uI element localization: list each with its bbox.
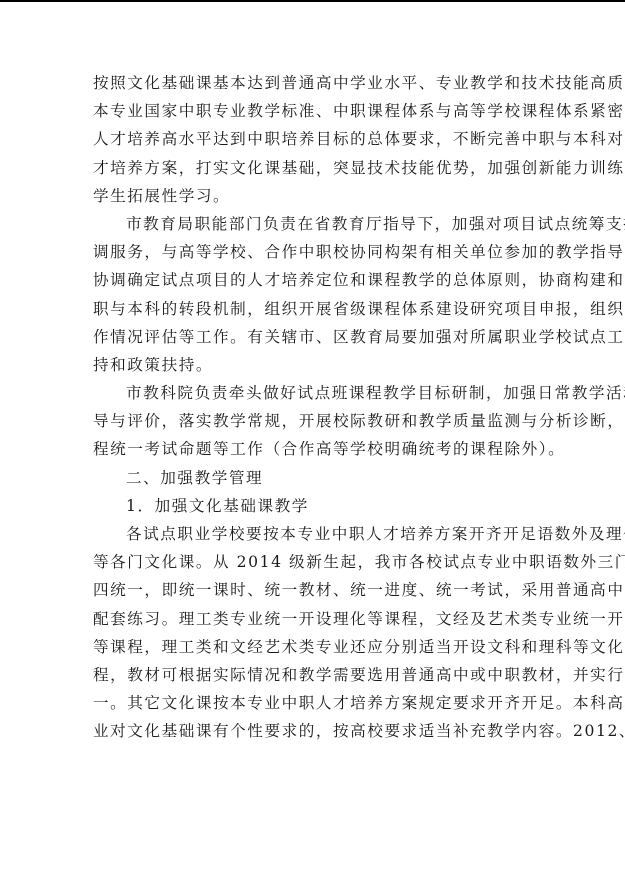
text-line: 人才培养高水平达到中职培养目标的总体要求，不断完善中职与本科对接的人 — [93, 125, 533, 153]
document-page: 按照文化基础课基本达到普通高中学业水平、专业教学和技术技能高质量达到 本专业国家… — [93, 69, 533, 746]
text-line: 协调确定试点项目的人才培养定位和课程教学的总体原则，协商构建和完善中 — [93, 266, 533, 294]
text-line: 持和政策扶持。 — [93, 351, 533, 379]
text-line: 本专业国家中职专业教学标准、中职课程体系与高等学校课程体系紧密对接、 — [93, 97, 533, 125]
text-line: 程，教材可根据实际情况和教学需要选用普通高中或中职教材，并实行四统 — [93, 661, 533, 689]
text-line: 导与评价，落实教学常规，开展校际教研和教学质量监测与分析诊断，做好课 — [93, 407, 533, 435]
text-line: 调服务，与高等学校、合作中职校协同构架有相关单位参加的教学指导机构， — [93, 238, 533, 266]
text-line: 才培养方案，打实文化课基础，突显技术技能优势，加强创新能力训练，激励 — [93, 154, 533, 182]
subsection-heading: 1．加强文化基础课教学 — [93, 492, 533, 520]
text-line: 一。其它文化课按本专业中职人才培养方案规定要求开齐开足。本科高校及专 — [93, 689, 533, 717]
text-line: 程统一考试命题等工作（合作高等学校明确统考的课程除外）。 — [93, 435, 533, 463]
text-line: 等课程，理工类和文经艺术类专业还应分别适当开设文科和理科等文化基础课 — [93, 633, 533, 661]
section-heading: 二、加强教学管理 — [93, 464, 533, 492]
paragraph-start-line: 市教育局职能部门负责在省教育厅指导下，加强对项目试点统筹支持和协 — [93, 210, 533, 238]
text-line: 业对文化基础课有个性要求的，按高校要求适当补充教学内容。2012、2013 级 — [93, 717, 533, 745]
text-line: 作情况评估等工作。有关辖市、区教育局要加强对所属职业学校试点工作的支 — [93, 323, 533, 351]
text-line: 四统一，即统一课时、统一教材、统一进度、统一考试，采用普通高中教材及 — [93, 576, 533, 604]
text-line: 按照文化基础课基本达到普通高中学业水平、专业教学和技术技能高质量达到 — [93, 69, 533, 97]
text-line: 配套练习。理工类专业统一开设理化等课程，文经及艺术类专业统一开设政史 — [93, 605, 533, 633]
text-line: 等各门文化课。从 2014 级新生起，我市各校试点专业中职语数外三门课程实行 — [93, 548, 533, 576]
paragraph-start-line: 市教科院负责牵头做好试点班课程教学目标研制，加强日常教学活动的指 — [93, 379, 533, 407]
text-line: 职与本科的转段机制，组织开展省级课程体系建设研究项目申报，组织试点工 — [93, 295, 533, 323]
text-line: 学生拓展性学习。 — [93, 182, 533, 210]
page-top-border — [0, 0, 625, 2]
paragraph-start-line: 各试点职业学校要按本专业中职人才培养方案开齐开足语数外及理化政史 — [93, 520, 533, 548]
